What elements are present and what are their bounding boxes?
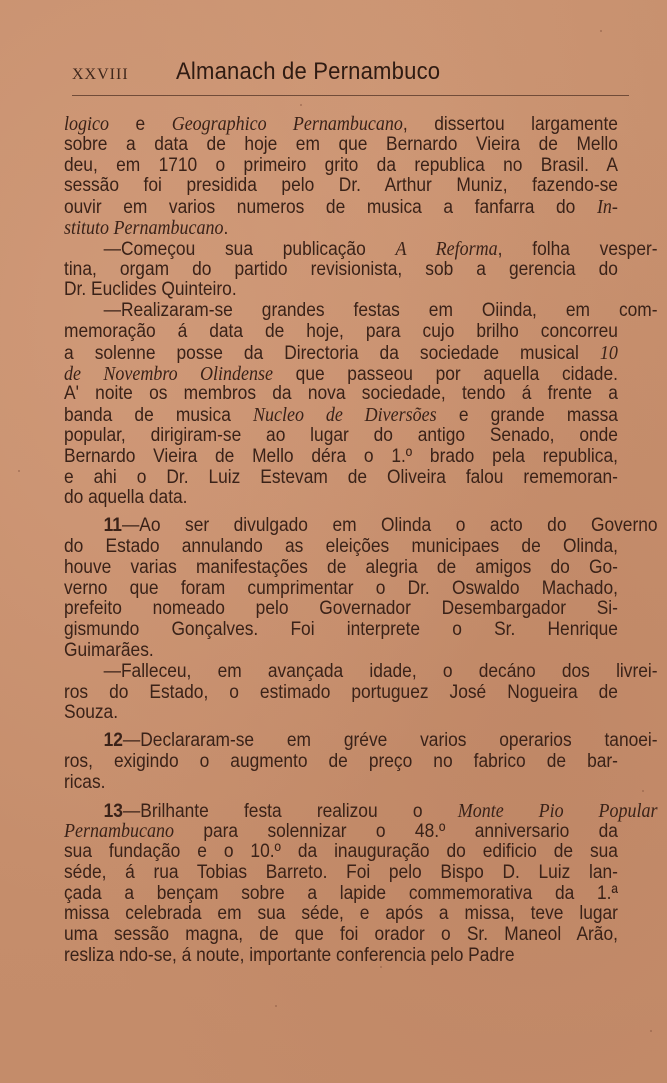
italic-text: Geographico Pernambucano	[172, 113, 403, 135]
paragraph-p1: logico e Geographico Pernambucano, disse…	[64, 114, 618, 239]
text-run: houve varias manifestações de alegria de…	[64, 557, 618, 578]
text-line: tina, orgam do partido revisionista, sob…	[64, 260, 618, 281]
text-line: Souza.	[64, 703, 618, 724]
text-run: deu, em 1710 o primeiro grito da republi…	[64, 155, 618, 176]
text-run: para solennizar o 48.º anniversario da	[174, 821, 618, 842]
text-run: sessão foi presidida pelo Dr. Arthur Mun…	[64, 175, 618, 196]
text-line: memoração á data de hoje, para cujo bril…	[64, 322, 618, 343]
text-line: deu, em 1710 o primeiro grito da republi…	[64, 156, 618, 177]
text-line: verno que foram cumprimentar o Dr. Oswal…	[64, 579, 618, 600]
text-run: A' noite os membros da nova sociedade, t…	[64, 383, 618, 404]
text-run: ricas.	[64, 772, 105, 793]
italic-text: 10	[600, 342, 618, 364]
day-number: 12	[104, 730, 123, 751]
text-line: Dr. Euclides Quinteiro.	[64, 280, 618, 301]
text-run: do aquella data.	[64, 487, 188, 508]
text-run: verno que foram cumprimentar o Dr. Oswal…	[64, 578, 618, 599]
text-run: Guimarães.	[64, 640, 154, 661]
text-run: popular, dirigiram-se ao lugar do antigo…	[64, 425, 618, 446]
italic-text: stituto Pernambucano	[64, 217, 223, 239]
text-line: houve varias manifestações de alegria de…	[64, 558, 618, 579]
day-number: 13	[104, 801, 123, 822]
text-run: gismundo Gonçalves. Foi interprete o Sr.…	[64, 619, 618, 640]
paragraph-p4: 11—Ao ser divulgado em Olinda o acto do …	[64, 509, 618, 662]
text-run: çada a bençam sobre a lapide commemorati…	[64, 883, 618, 904]
text-line: resliza ndo-se, á noute, importante conf…	[64, 946, 618, 967]
text-run: do Estado annulando as eleições municipa…	[64, 536, 618, 557]
text-run: —Brilhante festa realizou o	[123, 801, 458, 822]
italic-text: Pernambucano	[64, 820, 174, 842]
text-run: memoração á data de hoje, para cujo bril…	[64, 321, 618, 342]
text-line: missa celebrada em sua séde, e após a mi…	[64, 904, 618, 925]
paper-speck	[18, 470, 20, 472]
text-run: sua fundação e o 10.º da inauguração do …	[64, 841, 618, 862]
text-run: —Falleceu, em avançada idade, o decáno d…	[104, 661, 658, 682]
text-line: ros do Estado, o estimado portuguez José…	[64, 683, 618, 704]
text-run: , dissertou largamente	[403, 114, 618, 135]
text-run: ouvir em varios numeros de musica a fanf…	[64, 197, 597, 218]
text-run: ros, exigindo o augmento de preço no fab…	[64, 751, 618, 772]
paragraph-p2: —Começou sua publicação A Reforma, folha…	[64, 239, 618, 301]
text-line: prefeito nomeado pelo Governador Desemba…	[64, 599, 618, 620]
text-line: sobre a data de hoje em que Bernardo Vie…	[64, 135, 618, 156]
text-line: —Realizaram-se grandes festas em Oiinda,…	[64, 301, 658, 322]
text-line: Bernardo Vieira de Mello déra o 1.º brad…	[64, 447, 618, 468]
text-run: banda de musica	[64, 405, 253, 426]
italic-text: In-	[597, 196, 618, 218]
text-run: a solenne posse da Directoria da socieda…	[64, 343, 600, 364]
text-line: ros, exigindo o augmento de preço no fab…	[64, 752, 618, 773]
body-text: logico e Geographico Pernambucano, disse…	[64, 114, 618, 967]
page-header: XXVIII Almanach de Pernambuco	[72, 58, 632, 92]
text-line: Pernambucano para solennizar o 48.º anni…	[64, 821, 618, 842]
text-run: .	[223, 218, 228, 239]
text-run: , folha vesper-	[498, 239, 658, 260]
italic-text: de Novembro Olindense	[64, 363, 273, 385]
text-line: 11—Ao ser divulgado em Olinda o acto do …	[64, 516, 658, 537]
italic-text: logico	[64, 113, 109, 135]
text-run: séde, á rua Tobias Barreto. Foi pelo Bis…	[64, 862, 618, 883]
text-run: —Ao ser divulgado em Olinda o acto do Go…	[122, 515, 658, 536]
text-line: popular, dirigiram-se ao lugar do antigo…	[64, 426, 618, 447]
text-line: —Falleceu, em avançada idade, o decáno d…	[64, 662, 658, 683]
paragraph-p6: 12—Declararam-se em gréve varios operari…	[64, 724, 618, 793]
text-run: e	[109, 114, 172, 135]
text-line: séde, á rua Tobias Barreto. Foi pelo Bis…	[64, 863, 618, 884]
text-line: —Começou sua publicação A Reforma, folha…	[64, 239, 658, 260]
italic-text: A Reforma	[396, 238, 498, 260]
text-line: do aquella data.	[64, 488, 618, 509]
text-line: sua fundação e o 10.º da inauguração do …	[64, 842, 618, 863]
italic-text: Monte Pio Popular	[458, 800, 658, 822]
paper-speck	[600, 30, 602, 32]
text-line: sessão foi presidida pelo Dr. Arthur Mun…	[64, 176, 618, 197]
text-line: ouvir em varios numeros de musica a fanf…	[64, 197, 618, 218]
text-run: —Realizaram-se grandes festas em Oiinda,…	[104, 300, 658, 321]
paper-speck	[642, 790, 644, 792]
text-line: banda de musica Nucleo de Diversões e gr…	[64, 405, 618, 426]
paragraph-p3: —Realizaram-se grandes festas em Oiinda,…	[64, 301, 618, 509]
text-run: missa celebrada em sua séde, e após a mi…	[64, 903, 618, 924]
paragraph-p5: —Falleceu, em avançada idade, o decáno d…	[64, 662, 618, 724]
paper-speck	[650, 1030, 652, 1032]
text-line: de Novembro Olindense que passeou por aq…	[64, 364, 618, 385]
text-run: ros do Estado, o estimado portuguez José…	[64, 682, 618, 703]
text-run: que passeou por aquella cidade.	[273, 364, 618, 385]
page-number: XXVIII	[72, 66, 129, 84]
paper-speck	[380, 966, 382, 968]
text-run: resliza ndo-se, á noute, importante conf…	[64, 945, 514, 966]
text-run: Souza.	[64, 702, 118, 723]
text-line: çada a bençam sobre a lapide commemorati…	[64, 884, 618, 905]
running-title: Almanach de Pernambuco	[176, 58, 440, 86]
day-number: 11	[104, 515, 122, 536]
text-line: gismundo Gonçalves. Foi interprete o Sr.…	[64, 620, 618, 641]
text-run: —Declararam-se em gréve varios operarios…	[123, 730, 658, 751]
text-run: sobre a data de hoje em que Bernardo Vie…	[64, 134, 618, 155]
text-line: do Estado annulando as eleições municipa…	[64, 537, 618, 558]
paper-speck	[275, 1005, 277, 1007]
text-line: 13—Brilhante festa realizou o Monte Pio …	[64, 801, 658, 822]
paragraph-p7: 13—Brilhante festa realizou o Monte Pio …	[64, 794, 618, 967]
text-line: A' noite os membros da nova sociedade, t…	[64, 384, 618, 405]
italic-text: Nucleo de Diversões	[253, 404, 437, 426]
text-line: a solenne posse da Directoria da socieda…	[64, 343, 618, 364]
text-line: e ahi o Dr. Luiz Estevam de Oliveira fal…	[64, 468, 618, 489]
text-run: tina, orgam do partido revisionista, sob…	[64, 259, 618, 280]
text-line: ricas.	[64, 773, 618, 794]
text-run: e grande massa	[437, 405, 618, 426]
header-rule	[72, 95, 629, 96]
text-run: prefeito nomeado pelo Governador Desemba…	[64, 598, 618, 619]
text-line: Guimarães.	[64, 641, 618, 662]
text-line: logico e Geographico Pernambucano, disse…	[64, 114, 618, 135]
text-line: 12—Declararam-se em gréve varios operari…	[64, 731, 658, 752]
text-line: stituto Pernambucano.	[64, 218, 618, 239]
text-run: Bernardo Vieira de Mello déra o 1.º brad…	[64, 446, 618, 467]
almanac-page: XXVIII Almanach de Pernambuco logico e G…	[0, 0, 667, 1083]
text-run: e ahi o Dr. Luiz Estevam de Oliveira fal…	[64, 467, 618, 488]
text-run: —Começou sua publicação	[104, 239, 396, 260]
text-run: Dr. Euclides Quinteiro.	[64, 279, 237, 300]
paper-speck	[300, 104, 302, 106]
text-run: uma sessão magna, de que foi orador o Sr…	[64, 924, 618, 945]
text-line: uma sessão magna, de que foi orador o Sr…	[64, 925, 618, 946]
